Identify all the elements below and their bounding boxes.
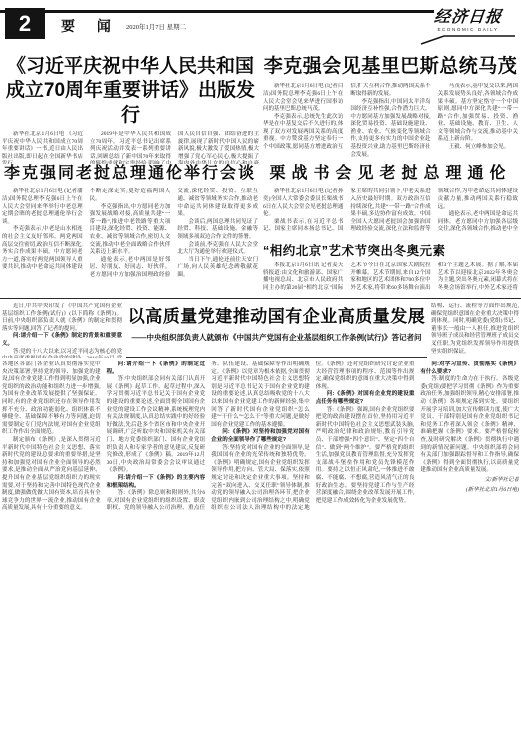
paragraph: 2019年是中华人民共和国成立70周年。习近平总书记出席系列庆祝活动并发表一系列… — [90, 131, 259, 164]
source-credit: (新华社北京1月6日电) — [420, 487, 519, 495]
masthead-english-name: ECONOMIC DAILY — [420, 27, 516, 32]
answer-paragraph: 答:制度的生命力在于执行。各级党委(党组)要把学习贯彻《条例》作为重要政治任务,… — [420, 376, 519, 475]
paragraph: 会谈后,两国总理共同见证了经贸、科技、基础设施、金融等领域多项双边合作文件的签署… — [177, 219, 258, 242]
article-body: 新华社北京1月6日电 (记者白洁)国务院总理李克强6日上午在人民大会堂会见来华进… — [263, 83, 518, 159]
paragraph: 李克强指出,中国同太平洋岛国经济互补性强,合作潜力巨大。中方愿同基方加强发展战略… — [350, 99, 430, 160]
article-body: 新华社北京1月6日电 《习近平庆祝中华人民共和国成立70周年重要讲话》一书,近日… — [2, 131, 259, 164]
question-paragraph: 问:请介绍一下《条例》的主要内容和框架结构。 — [107, 475, 206, 490]
paragraph: 新华社北京1月6日电 (记者孙奕)全国人大常委会委员长栗战书6日在人民大会堂会见… — [263, 188, 343, 218]
section-divider-rule — [0, 298, 521, 299]
masthead: 经济日报 ECONOMIC DAILY — [420, 9, 516, 45]
article-li-zhanshu-laos: 栗战书会见老挝总理通伦 新华社北京1月6日电 (记者孙奕)全国人大常委会委员长栗… — [263, 164, 518, 241]
paragraph: 本报北京1月6日讯 记者姜天骄报道:由文化和旅游部、国家广播电视总局、北京市人民… — [263, 262, 518, 297]
question-paragraph: 问:《条例》对坚持和加强党对国有企业的全面领导作了哪些规定? — [211, 429, 310, 444]
feature-headline-block: 以高质量党建推动国有企业高质量发展 ——中央组织部负责人就颁布《中国共产党国有企… — [126, 303, 427, 358]
page-number: 2 — [5, 8, 45, 39]
answer-paragraph: 各地区各部门各企业认真贯彻落实党中央决策部署,坚持党的领导、加强党的建设,国有企… — [2, 361, 101, 437]
answer-paragraph: 答:中央组织部会同有关部门认真开展《条例》起草工作。起草过程中,深入学习贯彻习近… — [107, 376, 206, 475]
paragraph: 新华社北京1月6日电 (记者潘洁)国务院总理李克强6日上午在人民大会堂同来华举行… — [2, 188, 83, 226]
article-li-zhanshu-laos-title: 栗战书会见老挝总理通伦 — [263, 164, 518, 184]
feature-subtitle: ——中央组织部负责人就颁布《中国共产党国有企业基层组织工作条例(试行)》答记者问 — [126, 332, 427, 343]
byline: 文/新华社记者 — [420, 477, 519, 485]
page-header: 2 要 闻 2020年1月7日 星期二 经济日报 ECONOMIC DAILY — [0, 0, 521, 52]
question-paragraph: 问:《条例》对国有企业党的建设重点任务有哪些规定? — [316, 391, 415, 406]
article-li-keqiang-kiribati: 李克强会见基里巴斯总统马茂 新华社北京1月6日电 (记者白洁)国务院总理李克强6… — [263, 55, 518, 164]
article-body: 新华社北京1月6日电 (记者潘洁)国务院总理李克强6日上午在人民大会堂同来华举行… — [2, 188, 258, 292]
continuation-paragraph: 结构、运行、流程等方面作出规范,确保党组织意图在企业重大决策中得到体现。同时,明… — [431, 303, 519, 356]
article-body: 新华社北京1月6日电 (记者孙奕)全国人大常委会委员长栗战书6日在人民大会堂会见… — [263, 188, 518, 238]
question-paragraph: 问:请介绍一下《条例》制定的背景和重要意义。 — [2, 333, 122, 348]
article-li-keqiang-kiribati-title: 李克强会见基里巴斯总统马茂 — [263, 55, 518, 79]
paragraph: 王毅、何立峰参加会见。 — [438, 144, 518, 152]
article-xi-speech-book: 《习近平庆祝中华人民共和国 成立70周年重要讲话》出版发行 新华社北京1月6日电… — [2, 55, 259, 164]
article-body: 本报北京1月6日讯 记者姜天骄报道:由文化和旅游部、国家广播电视总局、北京市人民… — [263, 262, 518, 297]
article-li-keqiang-laos-talks-title: 李克强同老挝总理通伦举行会谈 — [2, 164, 258, 184]
paragraph: 李克强指出,中方愿同老方加强发展战略对接,高质量共建“一带一路”,推进中老铁路等… — [90, 204, 171, 257]
paragraph: 会谈前,李克强在人民大会堂北大厅为通伦举行欢迎仪式。 — [177, 242, 258, 257]
answer-paragraph: 答:党的十八大以来,以习近平同志为核心的党中央高度重视国有企业党的建设。2016… — [2, 349, 122, 358]
feature-body-columns: 各地区各部门各企业认真贯彻落实党中央决策部署,坚持党的领导、加强党的建设,国有企… — [2, 361, 519, 733]
feature-header-row: 近日,中共中央印发了《中国共产党国有企业基层组织工作条例(试行)》(以下简称《条… — [2, 303, 519, 358]
question-paragraph: 问:请介绍一下《条例》的制定过程。 — [107, 361, 206, 376]
feature-right-column: 结构、运行、流程等方面作出规范,确保党组织意图在企业重大决策中得到体现。同时,明… — [427, 303, 519, 358]
lead-paragraph: 近日,中共中央印发了《中国共产党国有企业基层组织工作条例(试行)》(以下简称《条… — [2, 303, 122, 333]
paragraph: 新华社北京1月6日电 (记者白洁)国务院总理李克强6日上午在人民大会堂会见来华进… — [263, 83, 343, 113]
article-beijing-arts-festival: “相约北京”艺术节突出冬奥元素 本报北京1月6日讯 记者姜天骄报道:由文化和旅游… — [263, 243, 518, 297]
paragraph: 马茂表示,基中复交以来,两国关系发展势头良好,各领域合作成果丰硕。基方坚定恪守一… — [438, 83, 518, 144]
answer-paragraph: 制定颁布《条例》,是深入贯彻习近平新时代中国特色社会主义思想、落实新时代党的建设… — [2, 437, 101, 513]
question-paragraph: 问:对学习宣传、贯彻落实《条例》有什么要求? — [420, 361, 519, 376]
article-soe-party-building-qa: 近日,中共中央印发了《中国共产党国有企业基层组织工作条例(试行)》(以下简称《条… — [2, 303, 519, 735]
answer-paragraph: 答:《条例》强调,国有企业党组织要把党的政治建设摆在首位,坚持用习近平新时代中国… — [316, 407, 415, 506]
section-title: 要 闻 — [61, 16, 120, 36]
feature-title: 以高质量党建推动国有企业高质量发展 — [126, 306, 427, 328]
paragraph: 当日下午,通伦还前往天安门广场,向人民英雄纪念碑敬献花圈。 — [177, 257, 258, 280]
article-li-keqiang-laos-talks: 李克强同老挝总理通伦举行会谈 新华社北京1月6日电 (记者潘洁)国务院总理李克强… — [2, 164, 258, 297]
page-date: 2020年1月7日 星期二 — [126, 22, 186, 31]
article-xi-speech-book-title: 《习近平庆祝中华人民共和国 成立70周年重要讲话》出版发行 — [2, 55, 259, 128]
header-rule — [0, 10, 434, 13]
article-beijing-arts-festival-title: “相约北京”艺术节突出冬奥元素 — [263, 243, 518, 259]
newspaper-page: 2 要 闻 2020年1月7日 星期二 经济日报 ECONOMIC DAILY … — [0, 0, 521, 739]
masthead-swoosh-line — [420, 33, 516, 45]
masthead-logo: 经济日报 — [419, 9, 517, 27]
paragraph: 新华社北京1月6日电 《习近平庆祝中华人民共和国成立70周年重要讲话》一书,近日… — [2, 131, 83, 164]
feature-lead-column: 近日,中共中央印发了《中国共产党国有企业基层组织工作条例(试行)》(以下简称《条… — [2, 303, 126, 358]
